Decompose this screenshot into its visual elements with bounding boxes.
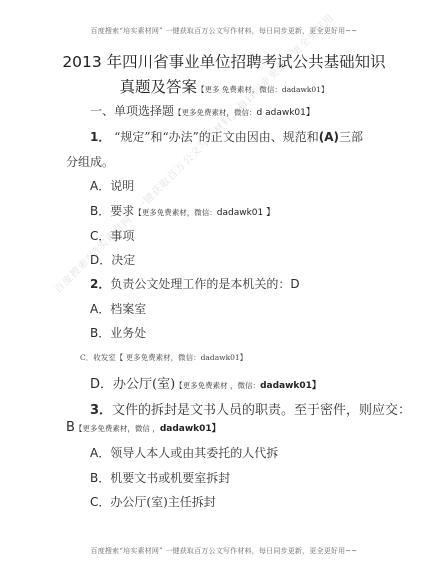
section-promo-prefix: 【更多免费素材，微信： — [174, 108, 257, 117]
question-2-option-a: A．档案室 — [90, 300, 146, 317]
option-text: 档案室 — [110, 302, 146, 316]
section-heading-text: 一、单项选择题 — [90, 104, 174, 118]
option-text: 领导人本人或由其委托的人代拆 — [110, 446, 278, 460]
document-title-line1: 2013 年四川省事业单位招聘考试公共基础知识 — [0, 50, 448, 72]
option-label: C． — [90, 229, 110, 243]
question-1-option-b: B．要求【更多免费素材，微信：dadawk01 】 — [90, 202, 275, 219]
option-text: 决定 — [111, 253, 135, 267]
title-promo-note: 【更多 免费素材，微信：dadawk01】 — [197, 85, 328, 94]
answer-promo-note: 【更多免费素材，微信 ，dadawk01】 — [75, 424, 221, 433]
option-label: D． — [90, 377, 113, 392]
question-1-text-line2: 分组成。 — [66, 153, 114, 170]
option-label: A． — [90, 179, 110, 193]
question-2-text: 负责公文处理工作的是本机关的： — [110, 277, 290, 291]
question-3-answer-line: B【更多免费素材，微信 ，dadawk01】 — [66, 420, 221, 435]
question-3-option-a: A．领导人本人或由其委托的人代拆 — [90, 444, 278, 461]
option-text: 要求 — [110, 204, 134, 218]
section-promo-note: 【更多免费素材，微信：d adawk01】 — [174, 108, 315, 117]
question-1-option-d: D．决定 — [90, 251, 135, 268]
question-2-option-b: B．业务处 — [90, 324, 146, 341]
promo-prefix: 【更多免费素材，微信 ， — [75, 424, 160, 433]
option-label: C． — [90, 495, 110, 509]
question-2-number: 2． — [90, 277, 110, 291]
question-3-option-b: B．机要文书或机要室拆封 — [90, 469, 230, 486]
section-heading: 一、单项选择题【更多免费素材，微信：d adawk01】 — [90, 102, 315, 119]
option-text: 说明 — [110, 179, 134, 193]
question-2: 2．负责公文处理工作的是本机关的：D — [90, 275, 300, 292]
option-label: A． — [90, 302, 110, 316]
question-1-option-c: C．事项 — [90, 227, 134, 244]
option-promo-note: 【 更多免费素材，微信：dadawk01】 — [116, 353, 247, 362]
question-1-text: “规定”和“办法”的正文由因由、规范和 — [114, 130, 319, 144]
question-3-answer: B — [66, 420, 75, 435]
document-title-line2: 真题及答案【更多 免费素材，微信：dadawk01】 — [0, 75, 448, 97]
option-promo-note: 【更多免费素材，微信：dadawk01 】 — [134, 208, 275, 217]
question-1-text-end: 三部 — [339, 130, 363, 144]
promo-id: dadawk01】 — [260, 381, 321, 391]
option-label: D． — [90, 253, 111, 267]
option-text: 收发室 — [93, 353, 116, 362]
question-2-answer: D — [290, 277, 299, 291]
page-header-note: 百度搜索“培实素材网” 一键获取百万公文写作材料，每日同步更新，更全更好用~~ — [0, 26, 448, 36]
promo-id: dadawk01】 — [160, 424, 221, 434]
question-2-option-d: D．办公厅(室)【更多免费素材 ，微信：dadawk01】 — [90, 373, 321, 392]
question-1-number: 1． — [90, 130, 110, 144]
promo-id: dadawk01 】 — [217, 208, 275, 218]
option-text: 办公厅(室) — [113, 377, 175, 392]
option-label: A． — [90, 446, 110, 460]
option-text: 事项 — [110, 229, 134, 243]
promo-prefix: 【更多免费素材，微信： — [134, 208, 217, 217]
option-text: 业务处 — [110, 326, 146, 340]
question-3-option-c: C．办公厅(室)主任拆封 — [90, 493, 216, 510]
option-text: 机要文书或机要室拆封 — [110, 471, 230, 485]
option-promo-note: 【更多免费素材 ，微信：dadawk01】 — [175, 381, 321, 390]
question-1-option-a: A．说明 — [90, 177, 134, 194]
question-3-text: 文件的拆封是文书人员的职责。至于密件，则应交： — [112, 403, 411, 418]
question-3-number: 3． — [90, 403, 112, 418]
document-title-line2-text: 真题及答案 — [120, 78, 198, 96]
section-promo-id: d adawk01】 — [257, 108, 315, 118]
promo-prefix: 【更多免费素材 ，微信： — [175, 381, 260, 390]
option-label: C． — [80, 353, 93, 362]
option-text: 办公厅(室)主任拆封 — [110, 495, 215, 509]
option-label: B． — [90, 326, 110, 340]
option-label: B． — [90, 204, 110, 218]
option-label: B． — [90, 471, 110, 485]
page-footer-note: 百度搜索“培实素材网” 一键获取百万公文写作材料，每日同步更新，更全更好用~~ — [0, 546, 448, 556]
question-1-answer: (A) — [319, 130, 339, 144]
question-2-option-c: C．收发室【 更多免费素材，微信：dadawk01】 — [80, 352, 247, 363]
question-1: 1． “规定”和“办法”的正文由因由、规范和(A)三部 — [90, 128, 363, 145]
question-3: 3．文件的拆封是文书人员的职责。至于密件，则应交： — [90, 399, 411, 418]
